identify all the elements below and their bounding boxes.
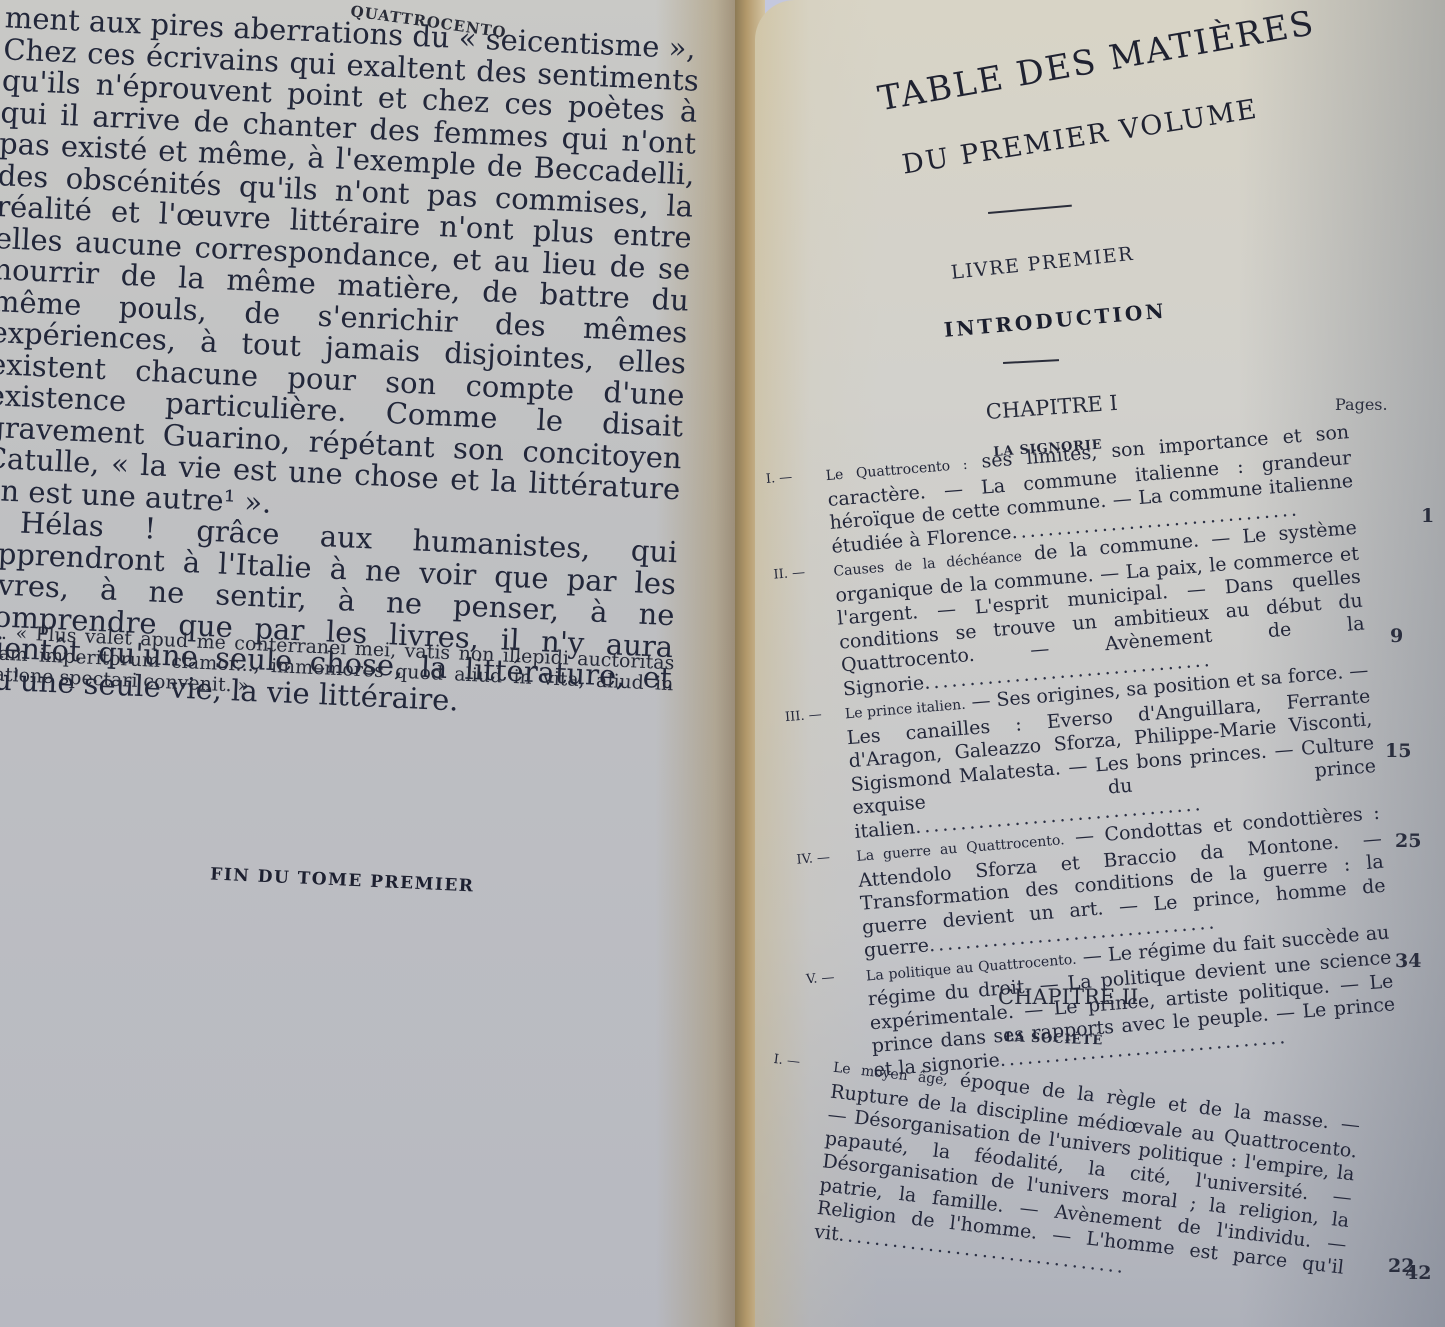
toc-chapter-2-entries: I. — Le moyen âge, époque de la règle et… [755,1048,1361,1304]
toc-subtitle: DU PREMIER VOLUME [900,94,1260,181]
page-number: 25 [1395,830,1421,852]
chapter-heading: CHAPITRE I [985,391,1118,424]
entry-number: III. — [784,701,848,729]
page-number: 42 [1405,1262,1431,1284]
entry-number: II. — [773,559,837,587]
page-number: 15 [1385,740,1411,762]
book-title: INTRODUCTION [943,299,1167,342]
left-page: ment aux pires aberrations du « seicenti… [0,0,745,1327]
page-number: 9 [1390,625,1403,647]
title-rule [988,205,1072,214]
page-number: 1 [1421,505,1434,527]
pages-column-label: Pages. [1335,395,1388,414]
table-of-contents: TABLE DES MATIÈRES DU PREMIER VOLUME LIV… [755,0,1445,1327]
book-rule [1003,359,1059,364]
right-page: TABLE DES MATIÈRES DU PREMIER VOLUME LIV… [755,0,1445,1327]
book-label: LIVRE PREMIER [950,243,1135,284]
paragraph-1: Chez ces écrivains qui exaltent des sent… [0,34,699,538]
footnote-number: 1. [0,621,8,644]
entry-number: V. — [805,963,869,991]
entry-number: IV. — [796,844,860,872]
chapter-heading: CHAPITRE II [998,985,1138,1009]
end-of-volume-mark: FIN DU TOME PREMIER [210,864,475,896]
page-number: 34 [1395,950,1421,972]
entry-number: I. — [765,463,829,491]
toc-entry[interactable]: I. — Le moyen âge, époque de la règle et… [755,1048,1361,1304]
body-text: ment aux pires aberrations du « seicenti… [0,2,701,726]
